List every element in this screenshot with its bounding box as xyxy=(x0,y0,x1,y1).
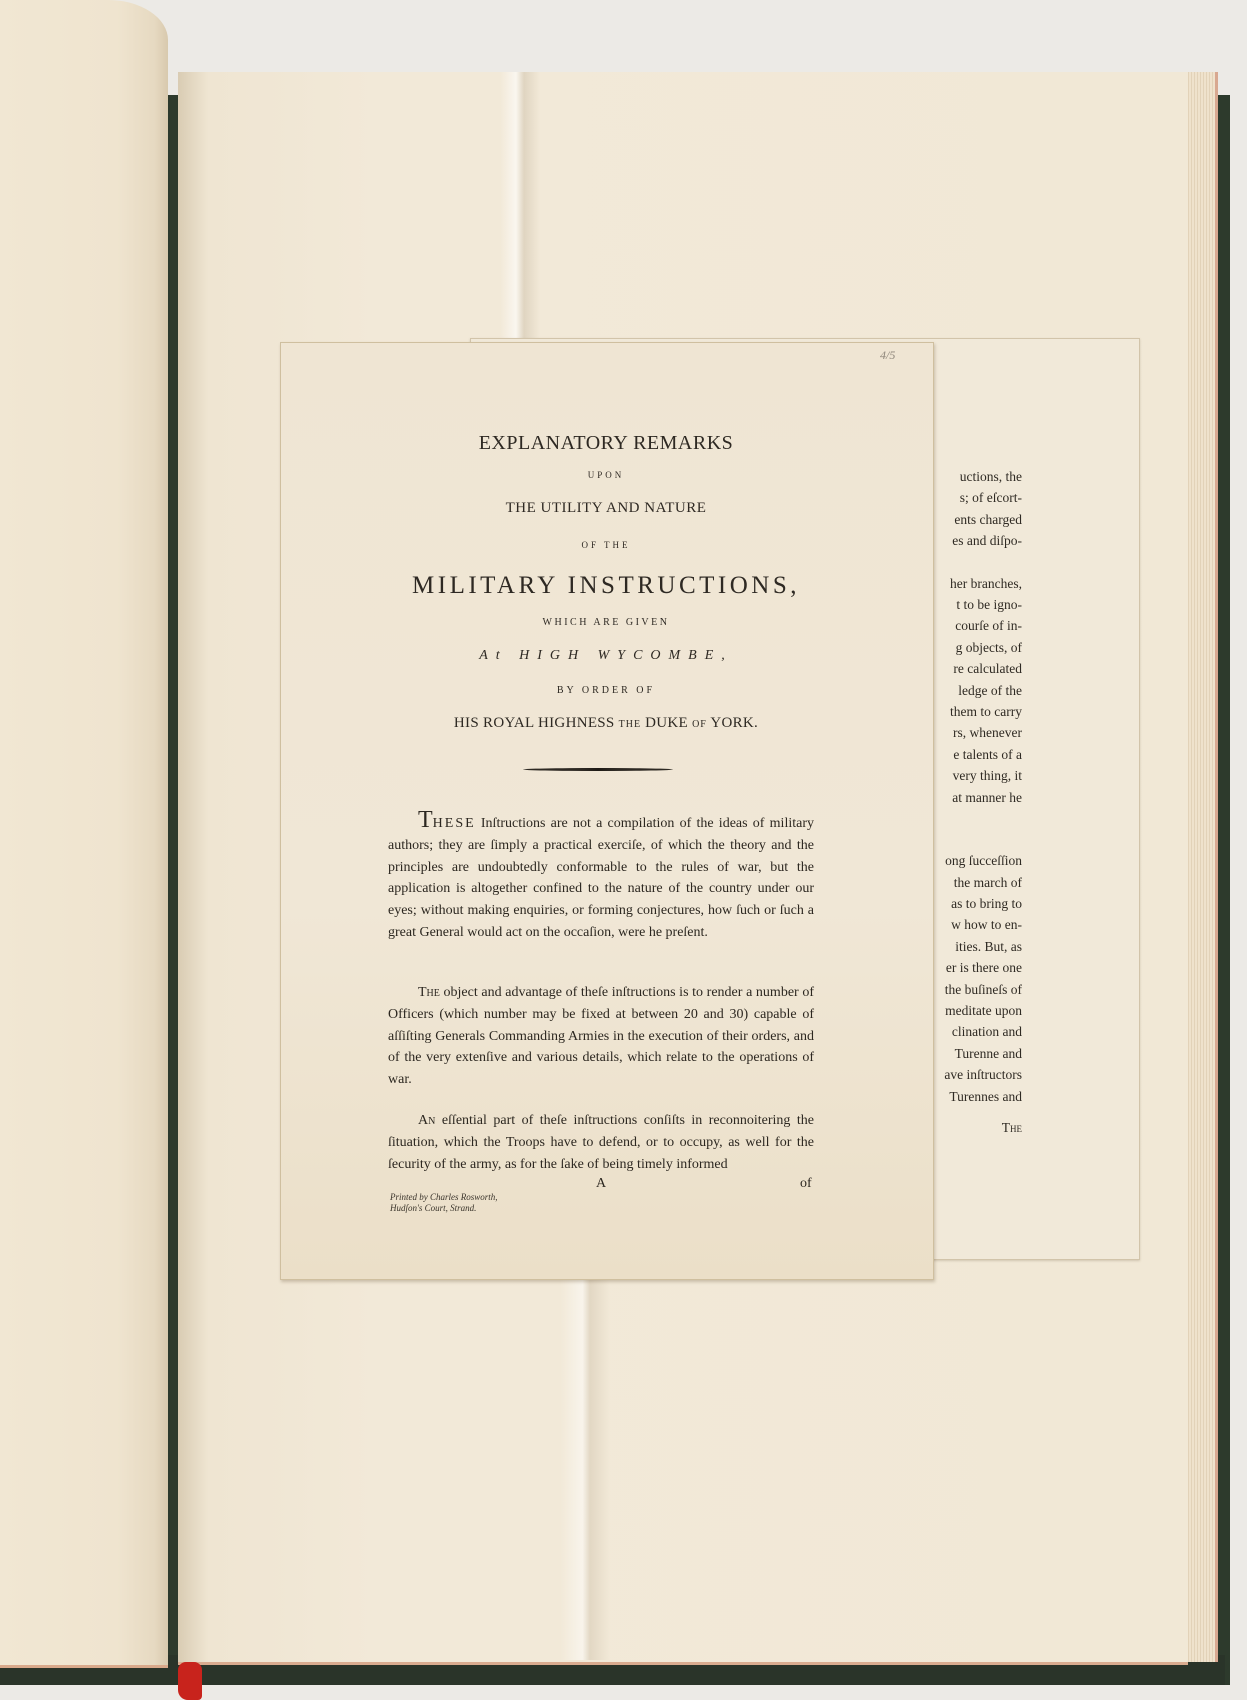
catchword: of xyxy=(800,1176,812,1192)
of-the-line: OF THE xyxy=(280,540,932,550)
ornamental-rule xyxy=(523,768,673,771)
title-line: EXPLANATORY REMARKS xyxy=(280,432,932,455)
patron-line: HIS ROYAL HIGHNESS THE DUKE OF YORK. xyxy=(280,715,932,732)
paragraph-text: Inſtructions are not a compilation of th… xyxy=(388,816,814,940)
lead-word: HESE xyxy=(433,816,476,831)
album-left-page xyxy=(0,0,168,1668)
paper-crease-bottom xyxy=(560,1230,610,1660)
patron-part: YORK. xyxy=(707,715,758,731)
which-are-given-line: WHICH ARE GIVEN xyxy=(280,617,932,628)
paragraph-text: eſſential part of theſe inſtructions con… xyxy=(388,1113,814,1172)
patron-part: DUKE xyxy=(641,715,692,731)
patron-part: THE xyxy=(619,719,641,730)
imprint-line: Printed by Charles Rosworth, xyxy=(390,1192,498,1203)
paper-crease-top xyxy=(500,72,540,362)
utility-line: THE UTILITY AND NATURE xyxy=(280,500,932,517)
paragraph-text: object and advantage of theſe inſtructio… xyxy=(388,985,814,1087)
upon-line: UPON xyxy=(280,470,932,480)
bookmark-ribbon xyxy=(178,1662,202,1700)
signature-mark: A xyxy=(596,1176,606,1192)
location-line: At HIGH WYCOMBE, xyxy=(280,648,932,664)
paragraph-1: THESE Inſtructions are not a compilation… xyxy=(388,810,814,944)
pencil-annotation: 4/5 xyxy=(880,348,895,363)
patron-part: OF xyxy=(692,719,707,730)
main-title: MILITARY INSTRUCTIONS, xyxy=(280,572,932,600)
imprint-line: Hudſon's Court, Strand. xyxy=(390,1203,498,1214)
drop-cap: T xyxy=(418,807,433,833)
paragraph-2: The object and advantage of theſe inſtru… xyxy=(388,982,814,1091)
printer-imprint: Printed by Charles Rosworth, Hudſon's Co… xyxy=(390,1192,498,1214)
lead-word: The xyxy=(418,985,440,1000)
paragraph-3: An eſſential part of theſe inſtructions … xyxy=(388,1110,814,1175)
patron-part: HIS ROYAL HIGHNESS xyxy=(454,715,619,731)
lead-word: An xyxy=(418,1113,435,1128)
by-order-line: BY ORDER OF xyxy=(280,685,932,696)
